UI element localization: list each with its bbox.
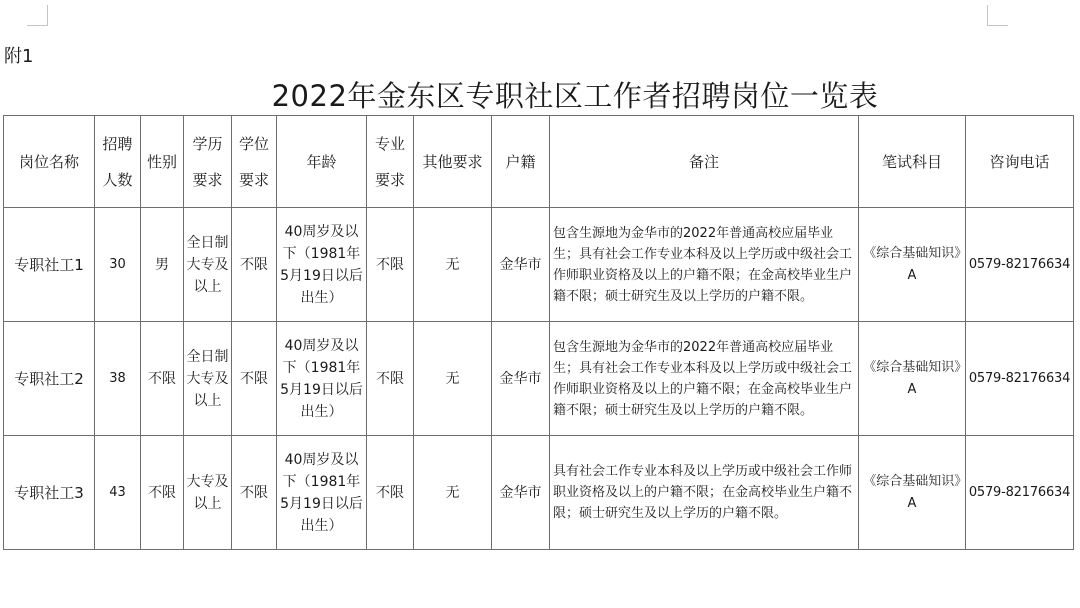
cell-exam: 《综合基础知识》A xyxy=(859,322,966,436)
job-positions-table: 岗位名称 招聘人数 性别 学历要求 学位要求 年龄 专业要求 其他要求 户籍 备… xyxy=(3,115,1074,550)
header-note: 备注 xyxy=(550,116,859,208)
cell-exam: 《综合基础知识》A xyxy=(859,436,966,550)
cell-age: 40周岁及以下（1981年5月19日以后出生） xyxy=(277,208,367,322)
cell-education: 全日制大专及以上 xyxy=(184,322,232,436)
cell-other: 无 xyxy=(414,436,492,550)
cell-note: 具有社会工作专业本科及以上学历或中级社会工作师职业资格及以上的户籍不限；在金高校… xyxy=(550,436,859,550)
page-corner-mark-left xyxy=(27,5,48,26)
cell-degree: 不限 xyxy=(232,436,277,550)
cell-gender: 男 xyxy=(141,208,184,322)
cell-other: 无 xyxy=(414,322,492,436)
table-row: 专职社工3 43 不限 大专及以上 不限 40周岁及以下（1981年5月19日以… xyxy=(4,436,1074,550)
cell-household: 金华市 xyxy=(492,436,550,550)
header-degree: 学位要求 xyxy=(232,116,277,208)
document-title: 2022年金东区专职社区工作者招聘岗位一览表 xyxy=(0,74,1080,115)
cell-position: 专职社工1 xyxy=(4,208,95,322)
header-exam: 笔试科目 xyxy=(859,116,966,208)
table-header-row: 岗位名称 招聘人数 性别 学历要求 学位要求 年龄 专业要求 其他要求 户籍 备… xyxy=(4,116,1074,208)
cell-phone: 0579-82176634 xyxy=(966,436,1074,550)
cell-exam: 《综合基础知识》A xyxy=(859,208,966,322)
cell-count: 43 xyxy=(95,436,141,550)
table-row: 专职社工2 38 不限 全日制大专及以上 不限 40周岁及以下（1981年5月1… xyxy=(4,322,1074,436)
cell-age: 40周岁及以下（1981年5月19日以后出生） xyxy=(277,436,367,550)
cell-age: 40周岁及以下（1981年5月19日以后出生） xyxy=(277,322,367,436)
cell-phone: 0579-82176634 xyxy=(966,208,1074,322)
cell-household: 金华市 xyxy=(492,208,550,322)
header-other: 其他要求 xyxy=(414,116,492,208)
cell-position: 专职社工3 xyxy=(4,436,95,550)
header-recruit-count: 招聘人数 xyxy=(95,116,141,208)
cell-major: 不限 xyxy=(367,436,414,550)
header-education: 学历要求 xyxy=(184,116,232,208)
header-position-name: 岗位名称 xyxy=(4,116,95,208)
header-phone: 咨询电话 xyxy=(966,116,1074,208)
cell-note: 包含生源地为金华市的2022年普通高校应届毕业生；具有社会工作专业本科及以上学历… xyxy=(550,322,859,436)
cell-gender: 不限 xyxy=(141,436,184,550)
table-row: 专职社工1 30 男 全日制大专及以上 不限 40周岁及以下（1981年5月19… xyxy=(4,208,1074,322)
cell-education: 大专及以上 xyxy=(184,436,232,550)
header-age: 年龄 xyxy=(277,116,367,208)
page-corner-mark-right xyxy=(987,5,1008,26)
header-gender: 性别 xyxy=(141,116,184,208)
cell-household: 金华市 xyxy=(492,322,550,436)
cell-count: 38 xyxy=(95,322,141,436)
header-major: 专业要求 xyxy=(367,116,414,208)
attachment-label: 附1 xyxy=(4,42,33,68)
cell-education: 全日制大专及以上 xyxy=(184,208,232,322)
cell-position: 专职社工2 xyxy=(4,322,95,436)
cell-major: 不限 xyxy=(367,208,414,322)
cell-note: 包含生源地为金华市的2022年普通高校应届毕业生；具有社会工作专业本科及以上学历… xyxy=(550,208,859,322)
cell-degree: 不限 xyxy=(232,208,277,322)
cell-major: 不限 xyxy=(367,322,414,436)
cell-count: 30 xyxy=(95,208,141,322)
cell-other: 无 xyxy=(414,208,492,322)
cell-phone: 0579-82176634 xyxy=(966,322,1074,436)
cell-degree: 不限 xyxy=(232,322,277,436)
cell-gender: 不限 xyxy=(141,322,184,436)
header-household: 户籍 xyxy=(492,116,550,208)
